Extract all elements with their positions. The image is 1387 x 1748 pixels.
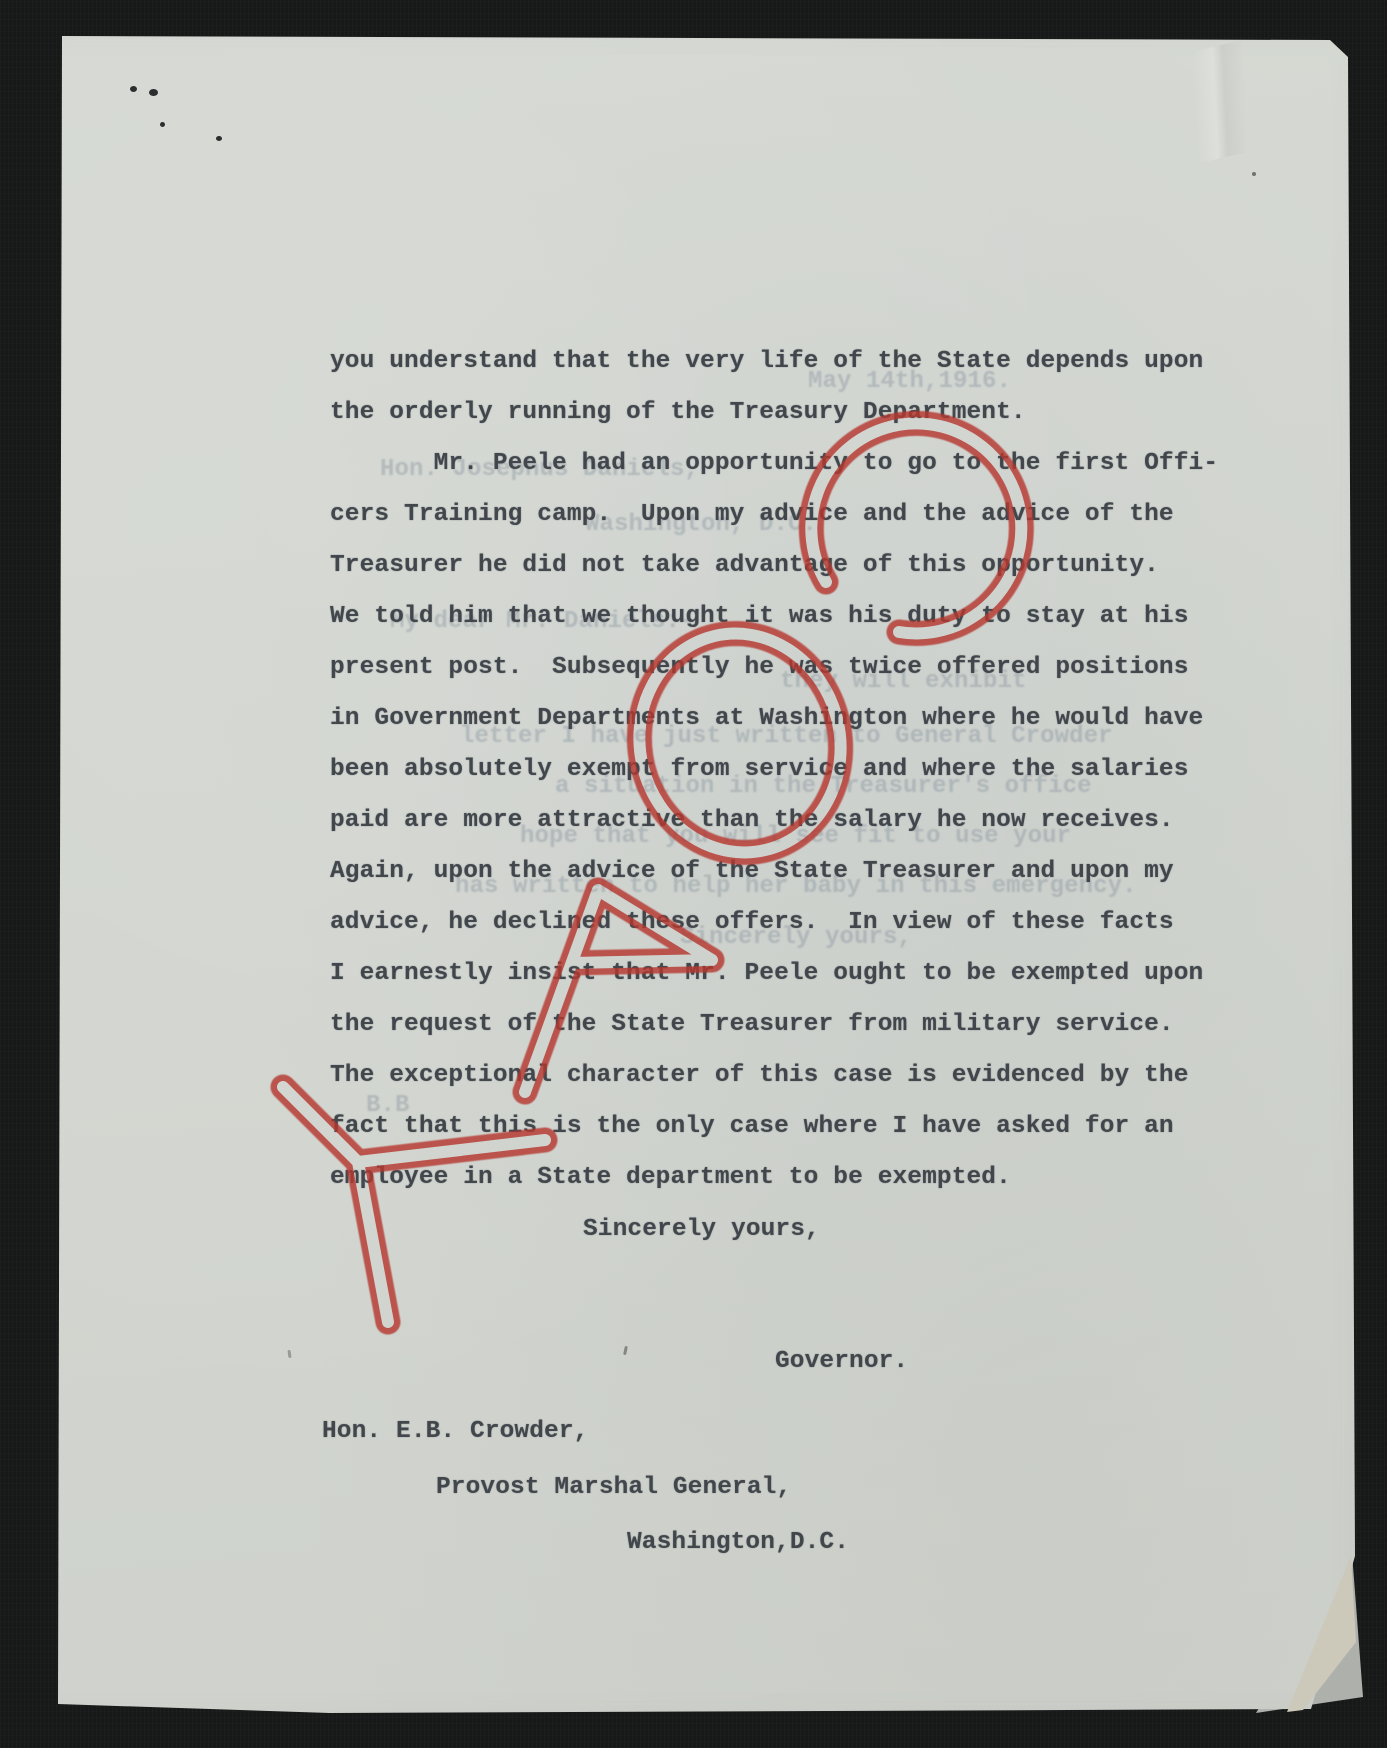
typewritten-line: Mr. Peele had an opportunity to go to th…	[330, 438, 1250, 489]
typewritten-line: employee in a State department to be exe…	[330, 1152, 1250, 1203]
typewritten-line: cers Training camp. Upon my advice and t…	[330, 489, 1250, 540]
recipient-line: Provost Marshal General,	[436, 1462, 791, 1513]
typewritten-line: the request of the State Treasurer from …	[330, 999, 1250, 1050]
typewritten-line: I earnestly insist that Mr. Peele ought …	[330, 948, 1250, 999]
typewritten-line: in Government Departments at Washington …	[330, 693, 1250, 744]
scanned-letter-photo: May 14th,1916.Hon. Josephus Daniels,Wash…	[0, 0, 1387, 1748]
typewritten-line: advice, he declined these offers. In vie…	[330, 897, 1250, 948]
letter-body: you understand that the very life of the…	[330, 336, 1250, 1203]
typewritten-line: you understand that the very life of the…	[330, 336, 1250, 387]
ink-speck	[160, 122, 165, 127]
recipient-line: Hon. E.B. Crowder,	[322, 1406, 588, 1457]
typewritten-line: fact that this is the only case where I …	[330, 1101, 1250, 1152]
typewritten-line: paid are more attractive than the salary…	[330, 795, 1250, 846]
typewritten-line: Treasurer he did not take advantage of t…	[330, 540, 1250, 591]
typewritten-line: The exceptional character of this case i…	[330, 1050, 1250, 1101]
typewritten-line: the orderly running of the Treasury Depa…	[330, 387, 1250, 438]
ink-speck	[1252, 172, 1256, 176]
recipient-line: Washington,D.C.	[627, 1517, 849, 1568]
typewritten-line: present post. Subsequently he was twice …	[330, 642, 1250, 693]
typewritten-line: been absolutely exempt from service and …	[330, 744, 1250, 795]
typewritten-line: We told him that we thought it was his d…	[330, 591, 1250, 642]
closing-line: Sincerely yours,	[583, 1204, 820, 1255]
ink-speck	[216, 136, 222, 141]
typewritten-line: Again, upon the advice of the State Trea…	[330, 846, 1250, 897]
signature-title: Governor.	[775, 1336, 908, 1387]
ink-speck	[149, 89, 158, 96]
ink-speck	[130, 86, 137, 92]
